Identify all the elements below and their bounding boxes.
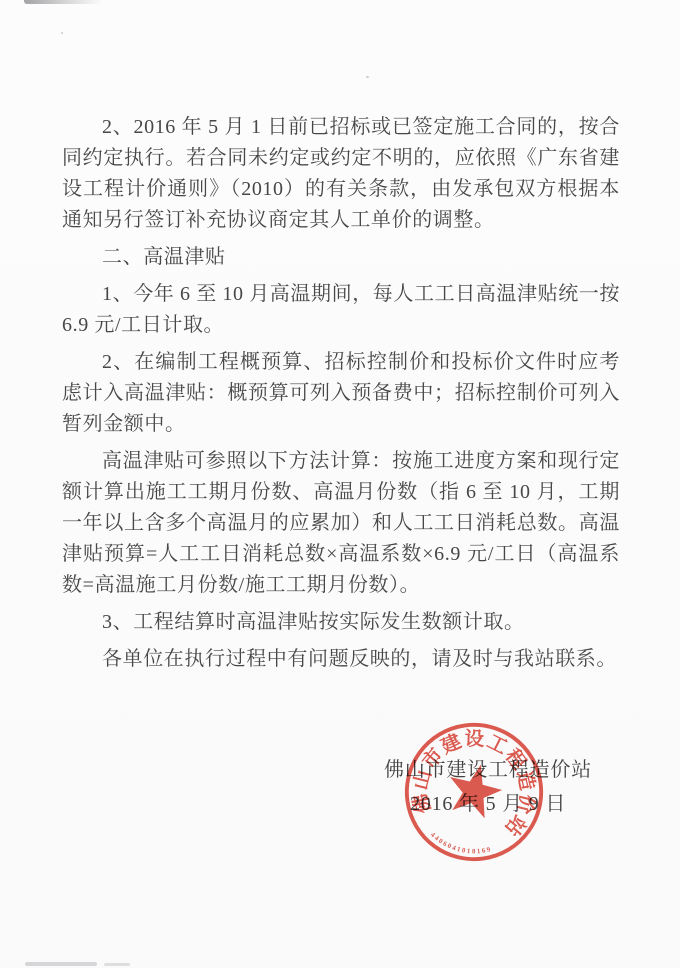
scan-speck bbox=[366, 76, 369, 78]
paragraph-contract-clause: 2、2016 年 5 月 1 日前已招标或已签定施工合同的，按合同约定执行。若合… bbox=[62, 112, 620, 236]
paragraph-allowance-rate: 1、今年 6 至 10 月高温期间，每人工工日高温津贴统一按 6.9 元/工日计… bbox=[62, 279, 620, 341]
official-seal: 佛山市建设工程造价站 4406041018169 bbox=[401, 719, 547, 865]
scan-smudge-bottom bbox=[104, 963, 130, 966]
paragraph-settlement: 3、工程结算时高温津贴按实际发生数额计取。 bbox=[62, 607, 620, 638]
paragraph-calculation-method: 高温津贴可参照以下方法计算：按施工进度方案和现行定额计算出施工工期月份数、高温月… bbox=[62, 446, 620, 601]
seal-star-icon bbox=[442, 758, 506, 821]
paragraph-budget-inclusion: 2、在编制工程概预算、招标控制价和投标价文件时应考虑计入高温津贴：概预算可列入预… bbox=[62, 347, 620, 440]
document-page: 2、2016 年 5 月 1 日前已招标或已签定施工合同的，按合同约定执行。若合… bbox=[0, 0, 680, 968]
scan-smudge-bottom bbox=[25, 962, 97, 966]
scan-smudge-top bbox=[24, 0, 102, 4]
document-body: 2、2016 年 5 月 1 日前已招标或已签定施工合同的，按合同约定执行。若合… bbox=[62, 112, 620, 681]
paragraph-contact: 各单位在执行过程中有问题反映的，请及时与我站联系。 bbox=[62, 644, 620, 675]
scan-speck bbox=[61, 32, 63, 34]
paragraph-section-heading: 二、高温津贴 bbox=[62, 242, 620, 273]
